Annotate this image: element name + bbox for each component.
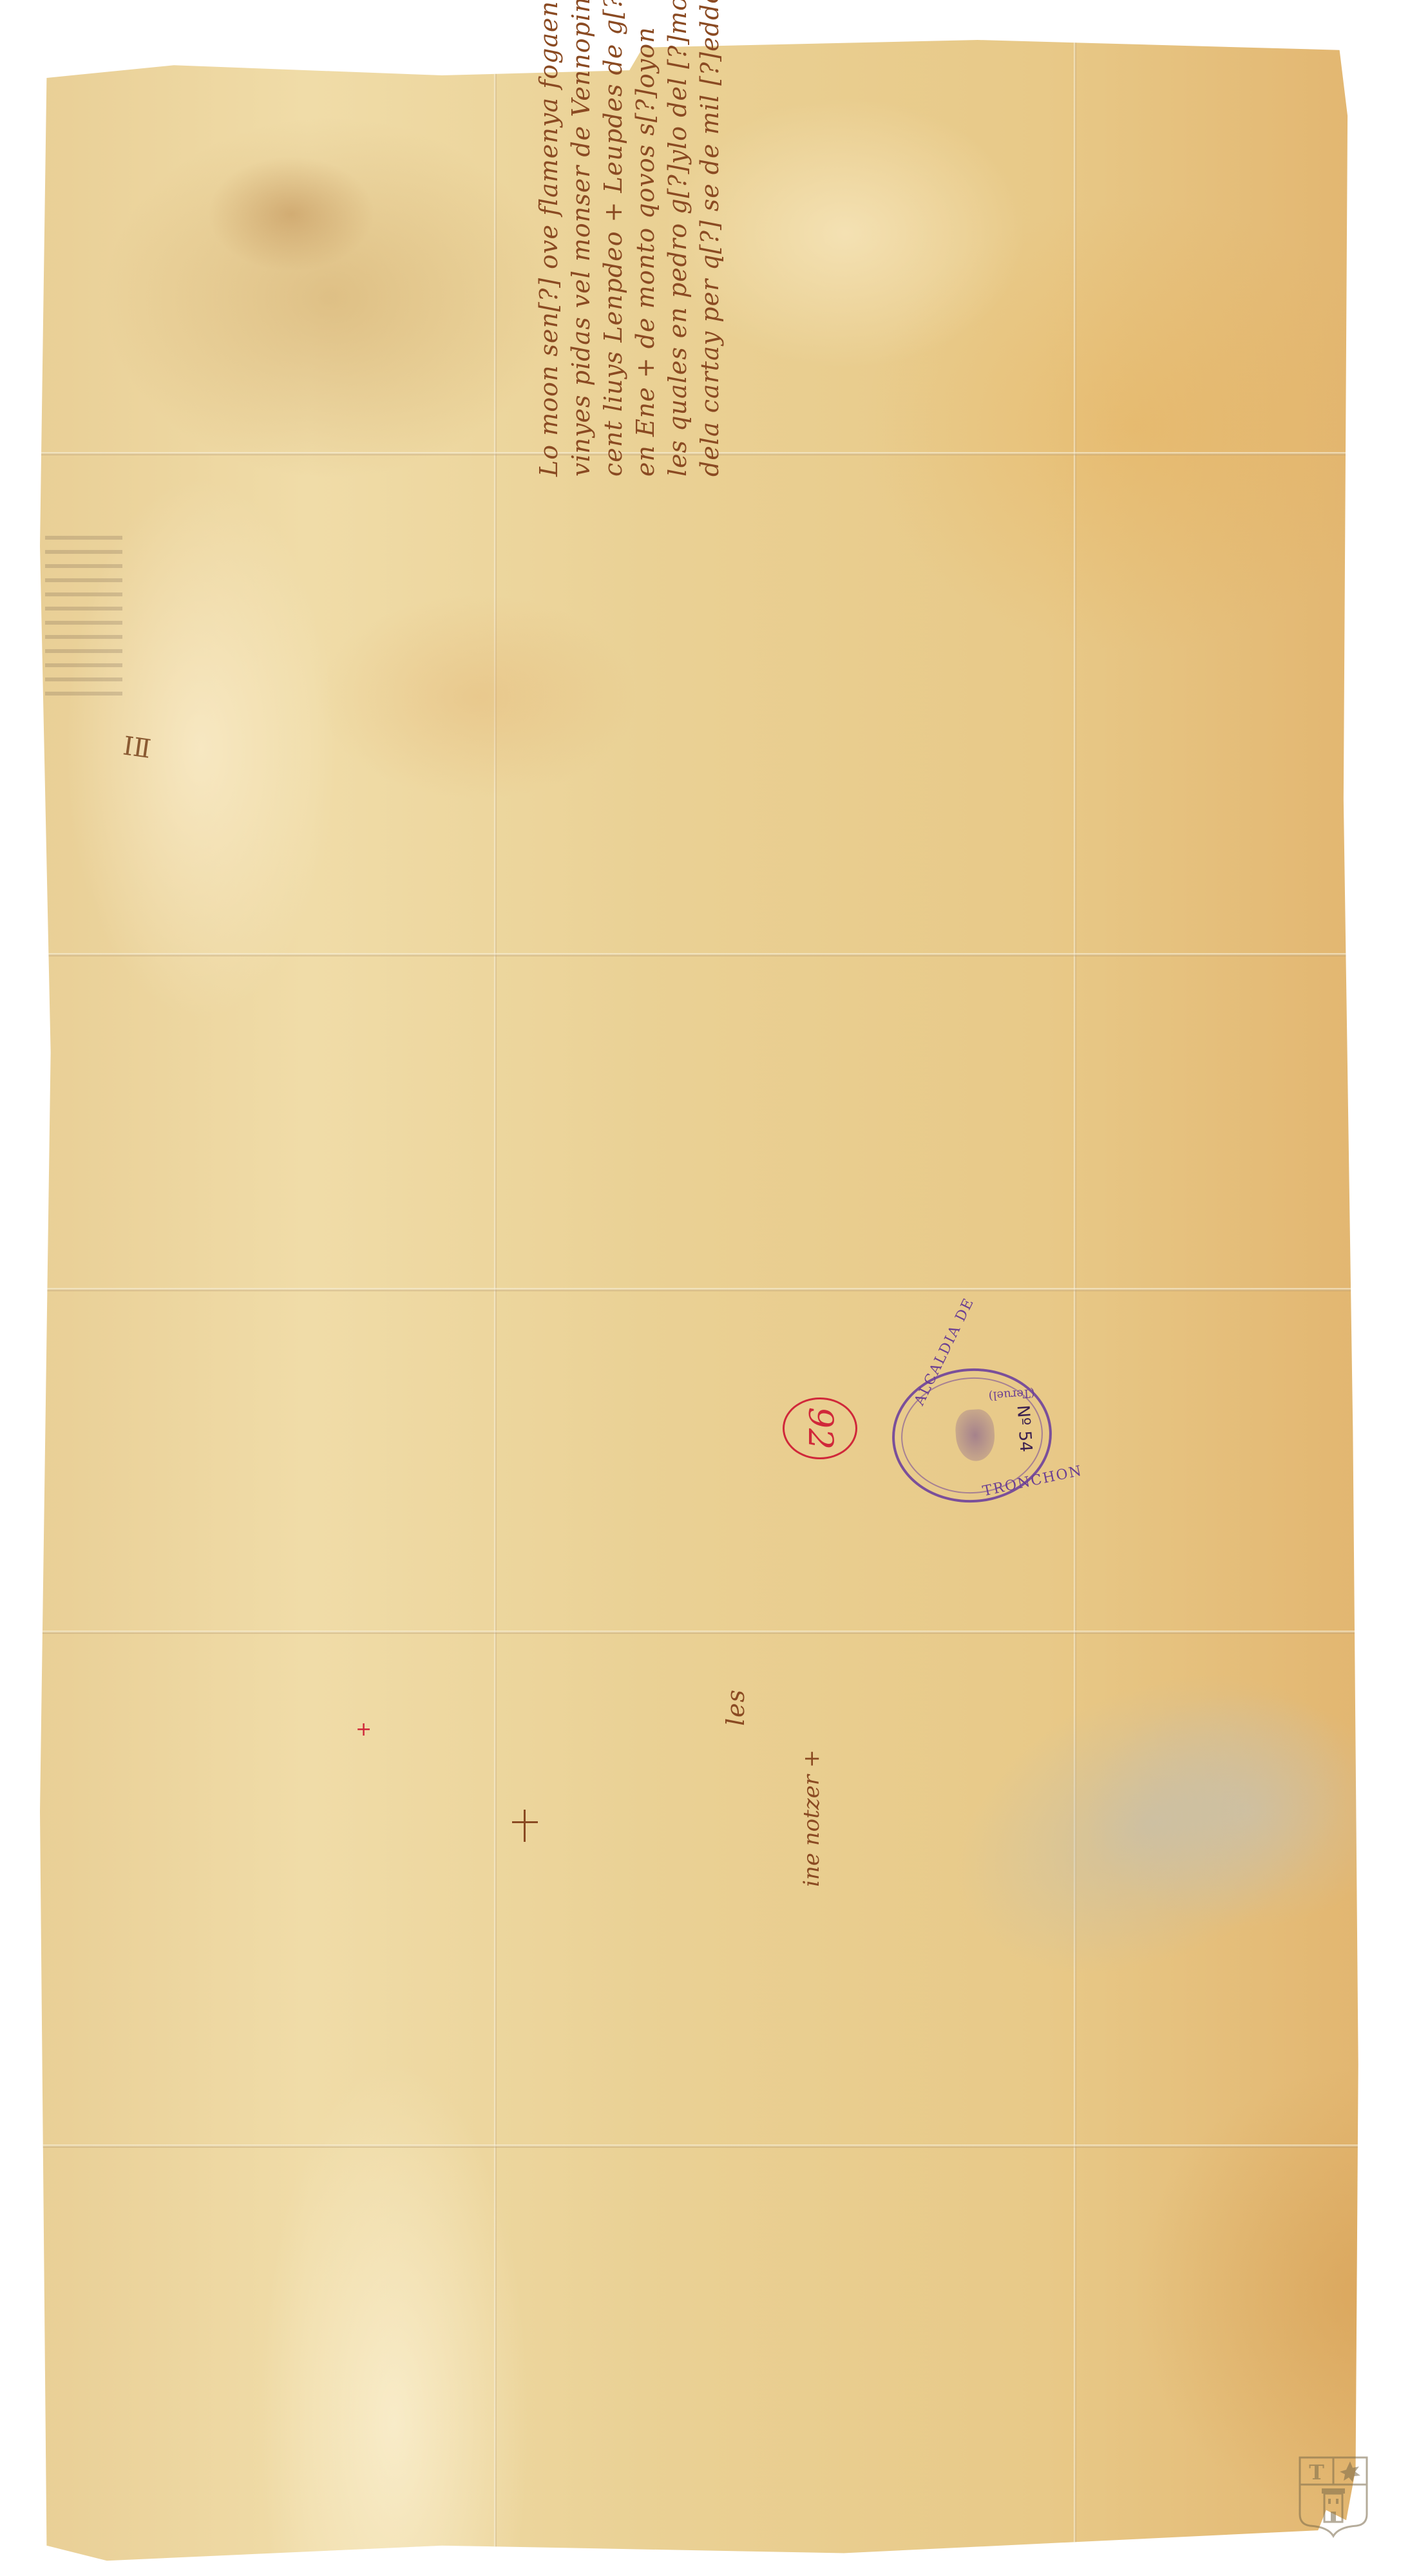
handwritten-cross-icon [512, 1810, 538, 1842]
endorsement-line: en Ene + de monto qovos s[?]oyon [631, 0, 660, 477]
red-cross-mark: + [356, 1718, 372, 1741]
fold-line-horizontal [40, 1631, 1380, 1634]
tally-mark: ⅠⅡ [120, 731, 170, 775]
svg-text:T: T [1309, 2460, 1324, 2485]
endorsement-line: dela cartay per q[?] se de mil [?]eddos [696, 0, 724, 477]
stain [904, 1613, 1398, 2034]
endorsement-line: vinyes pidas vel monser de Vennopin de [567, 0, 595, 477]
endorsement-line: Lo moon sen[?] ove flamenya fogaen de la [535, 0, 563, 477]
archive-number-circled: 92 [783, 1397, 857, 1459]
stamp-number: Nº 54 [1013, 1405, 1035, 1453]
stain [317, 594, 639, 800]
fold-line-horizontal [40, 953, 1380, 956]
faded-marginal-writing [45, 528, 122, 696]
marginal-note: ine notzer + [799, 1674, 824, 1887]
endorsement-line: cent liuys Lenpdeo + Leupdes de g[?]pdes [599, 0, 627, 477]
endorsement-line: les [721, 1674, 750, 1726]
coat-of-arms-watermark-icon: T [1297, 2455, 1369, 2539]
fold-line-horizontal [40, 1288, 1380, 1291]
fold-line-horizontal [40, 2145, 1380, 2148]
endorsement-line: les quales en pedro g[?]ylo del [?]mo [663, 0, 692, 477]
fold-line-vertical [494, 40, 497, 2571]
fold-line-vertical [1074, 40, 1076, 2571]
stain [207, 156, 375, 272]
